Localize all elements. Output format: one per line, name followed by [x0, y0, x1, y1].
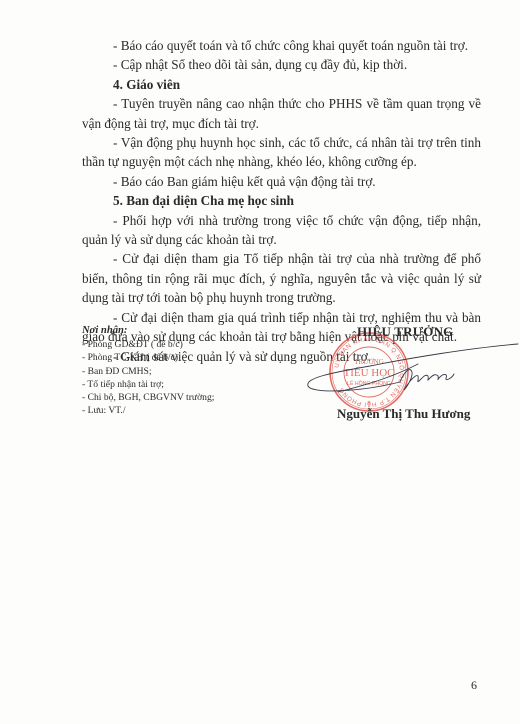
- recipient-item: - Phòng GD&ĐT ( để b/c): [82, 338, 214, 351]
- body-paragraph: - Cử đại diện tham gia Tổ tiếp nhận tài …: [82, 249, 481, 307]
- body-paragraph: - Tuyên truyền nâng cao nhận thức cho PH…: [82, 94, 481, 133]
- body-paragraph: - Báo cáo quyết toán và tổ chức công kha…: [82, 36, 481, 55]
- recipients-block: Nơi nhận: - Phòng GD&ĐT ( để b/c)- Phòng…: [82, 324, 214, 417]
- recipient-item: - Lưu: VT./: [82, 404, 214, 417]
- section-heading: 4. Giáo viên: [82, 75, 481, 94]
- signature-icon: [300, 336, 520, 408]
- body-paragraph: - Vận động phụ huynh học sinh, các tổ ch…: [82, 133, 481, 172]
- body-paragraph: - Cập nhật Sổ theo dõi tài sản, dụng cụ …: [82, 55, 481, 74]
- signer-name: Nguyễn Thị Thu Hương: [337, 406, 470, 422]
- recipient-item: - Phòng TC-KH ( để b/c): [82, 351, 214, 364]
- section-heading: 5. Ban đại diện Cha mẹ học sinh: [82, 191, 481, 210]
- recipient-item: - Tổ tiếp nhận tài trợ;: [82, 378, 214, 391]
- signature-title: HIỆU TRƯỞNG: [357, 324, 453, 340]
- body-paragraph: - Phối hợp với nhà trường trong việc tổ …: [82, 211, 481, 250]
- document-page: - Báo cáo quyết toán và tổ chức công kha…: [0, 0, 520, 724]
- document-body: - Báo cáo quyết toán và tổ chức công kha…: [82, 36, 481, 366]
- recipient-item: - Chi bộ, BGH, CBGVNV trường;: [82, 391, 214, 404]
- recipient-item: - Ban ĐD CMHS;: [82, 365, 214, 378]
- recipients-label: Nơi nhận:: [82, 324, 214, 337]
- body-paragraph: - Báo cáo Ban giám hiệu kết quả vận động…: [82, 172, 481, 191]
- page-number: 6: [471, 678, 477, 693]
- recipients-list: - Phòng GD&ĐT ( để b/c)- Phòng TC-KH ( đ…: [82, 338, 214, 417]
